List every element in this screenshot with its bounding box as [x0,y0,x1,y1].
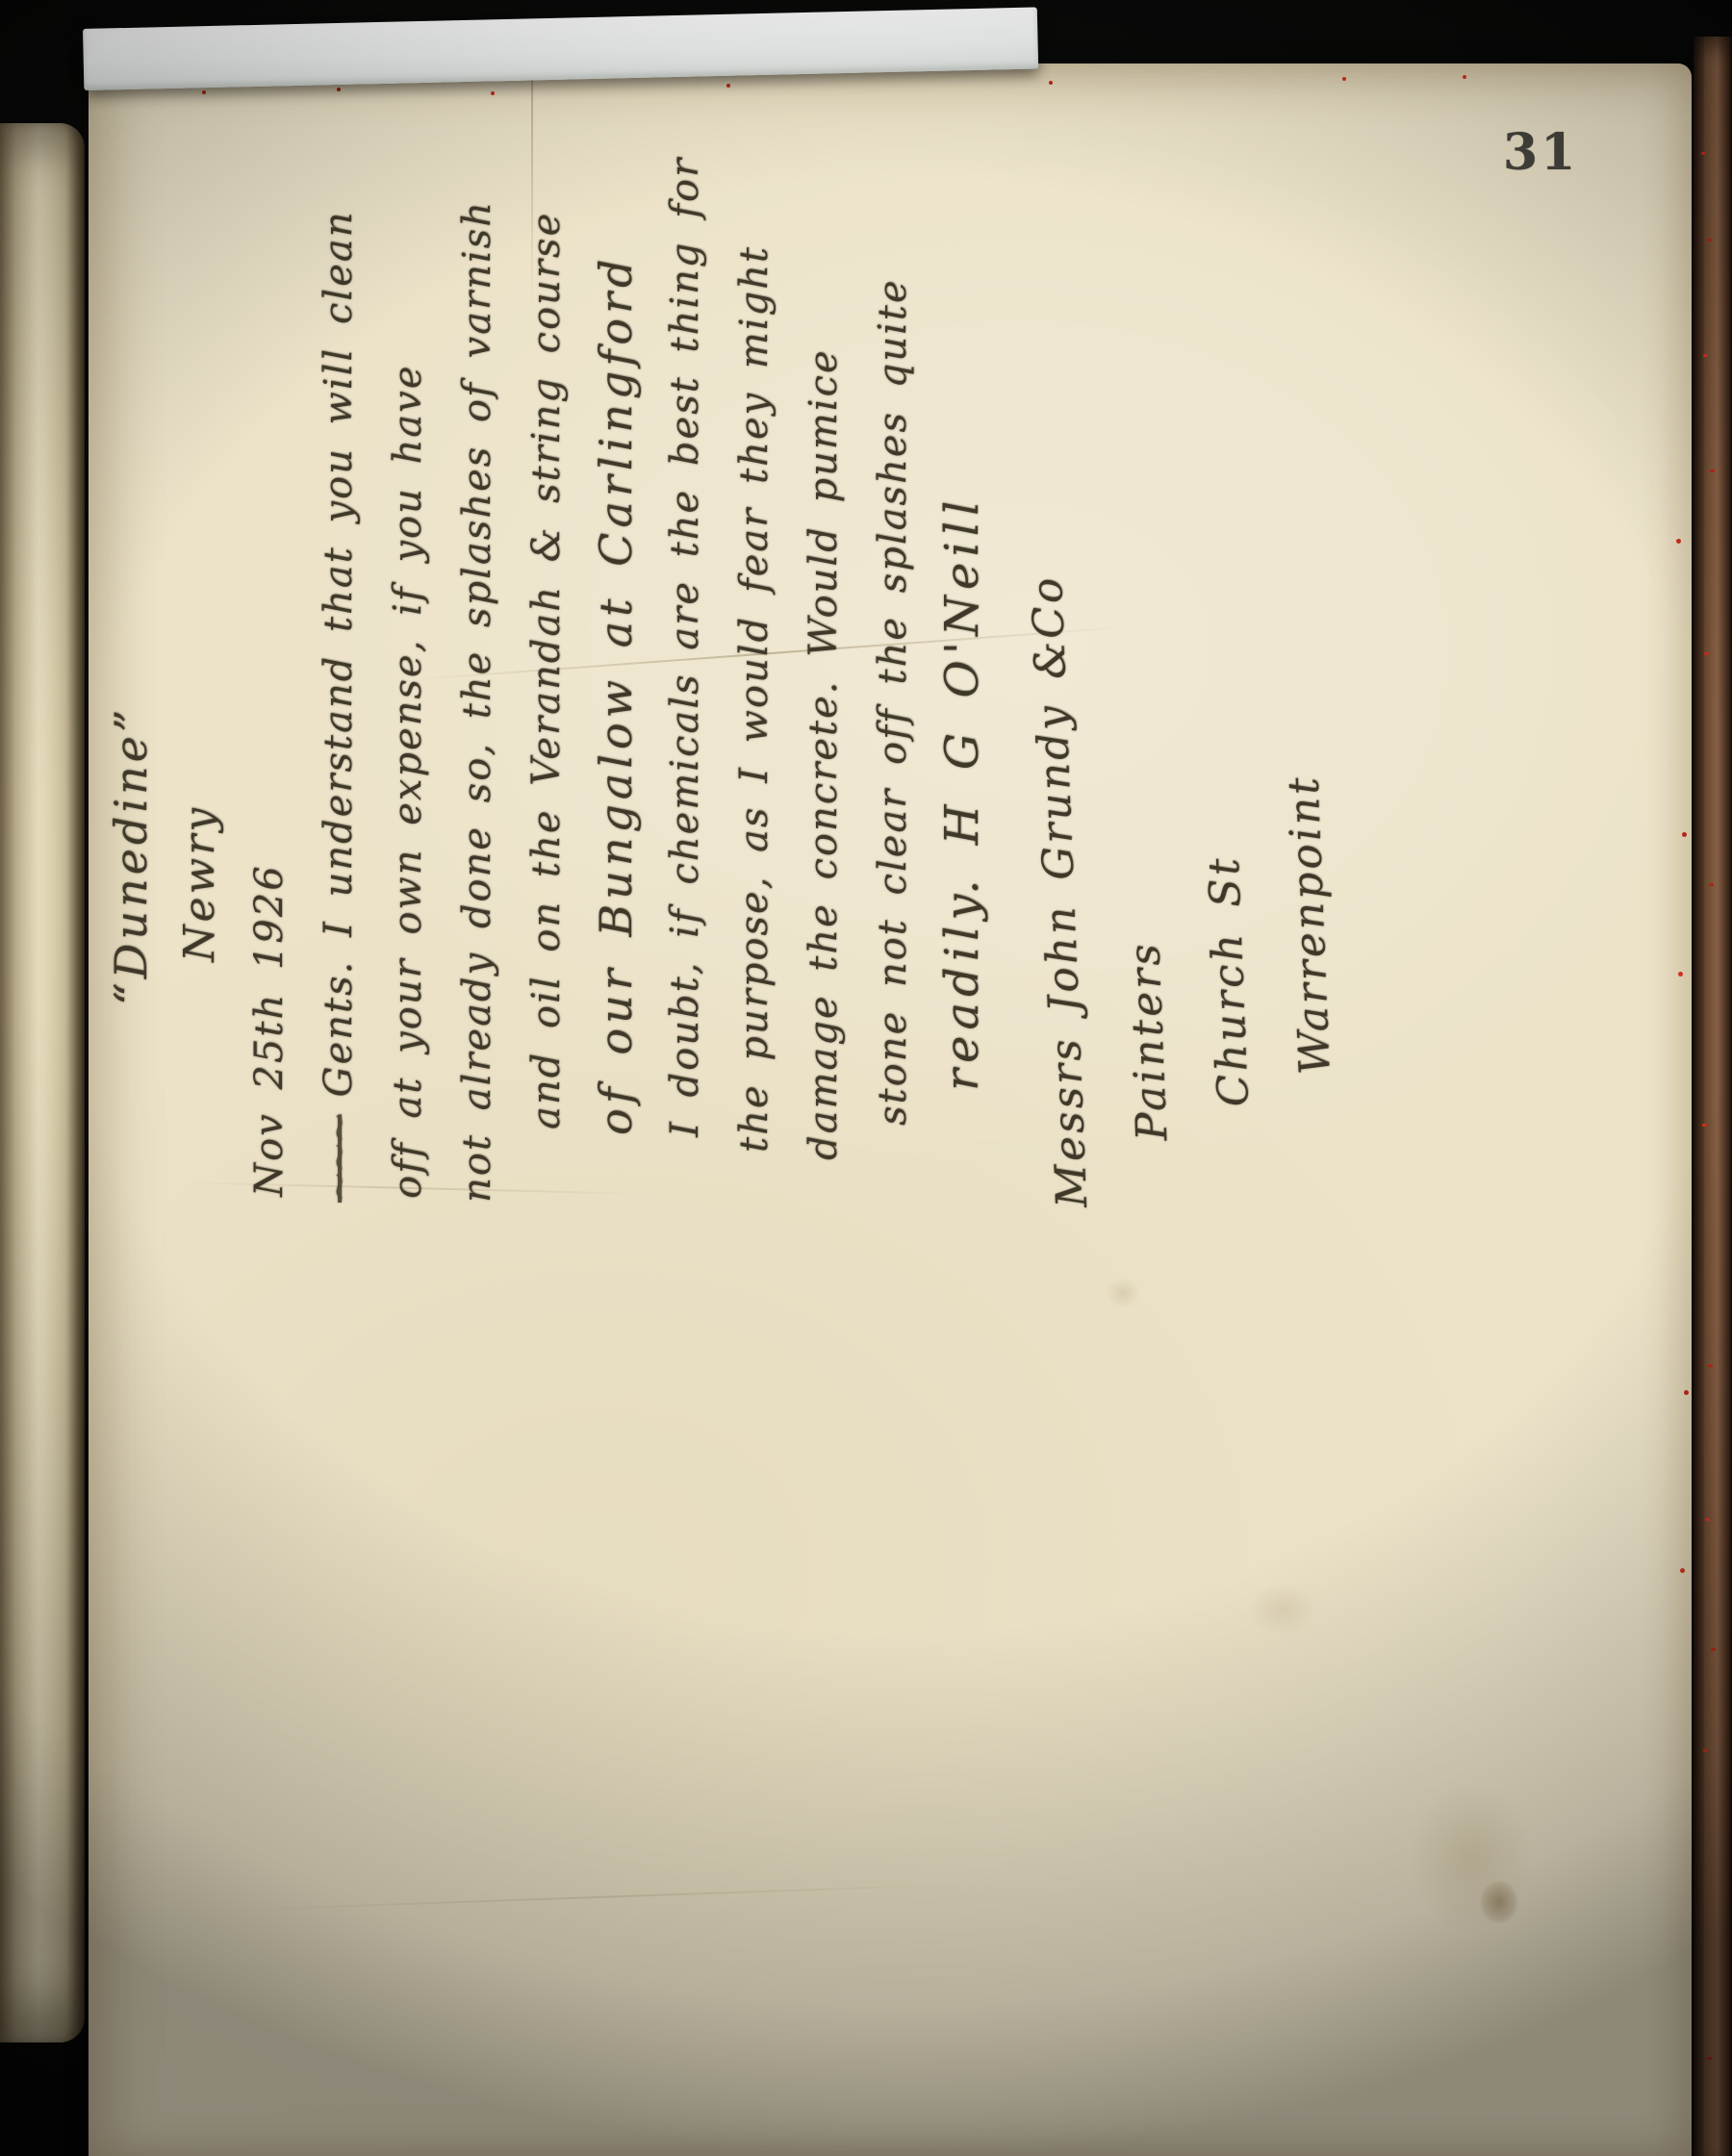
handwritten-line-body: not already done so, the splashes of var… [443,82,512,1203]
handwritten-line-heading: Newry [166,82,235,962]
foxing-stain [1101,1274,1145,1312]
handwritten-line-body: I doubt, if chemicals are the best thing… [650,82,720,1137]
foxing-stain [1389,1757,1553,1959]
handwritten-line-body: the purpose, as I would fear they might [720,82,789,1153]
book-fore-edge [1694,37,1732,2156]
handwritten-line-closing: readily. H G O'Neill [928,82,997,1091]
handwritten-letter-block: “Dunedine”NewryNov 25th 1926~~~Gents. I … [96,82,1008,1203]
handwritten-line-body: damage the concrete. Would pumice [789,82,858,1160]
handwritten-line-body: off at your own expense, if you have [373,82,443,1199]
red-fore-edge-speckles [1701,152,1706,155]
handwritten-line-body: ~~~Gents. I understand that you will cle… [304,82,373,1203]
recipient-address-block: Messrs John Grundy &CoPaintersChurch StW… [1032,460,1389,1203]
struck-out-word: ~~~ [317,1114,361,1203]
red-edge-speckles-top [202,90,206,94]
page-number: 31 [1503,123,1578,182]
foxing-stain [1239,1576,1326,1643]
red-edge-speckles-side [1676,539,1681,544]
handwritten-line-body: stone not clear off the splashes quite [858,82,928,1126]
handwritten-line-date: Nov 25th 1926 [235,82,304,1197]
handwritten-line-body: and oil on the Verandah & string course [512,82,581,1129]
paper-crease [233,1884,964,1912]
handwritten-line-heading: “Dunedine” [96,82,166,1005]
photographed-letterbook-scene: 31 “Dunedine”NewryNov 25th 1926~~~Gents.… [0,0,1732,2156]
foxing-stain [1474,1874,1524,1930]
recipient-address-lines: Messrs John Grundy &CoPaintersChurch StW… [1002,454,1363,1209]
previous-page-edge [0,123,85,2042]
handwritten-line-body: of our Bungalow at Carlingford [581,82,650,1135]
